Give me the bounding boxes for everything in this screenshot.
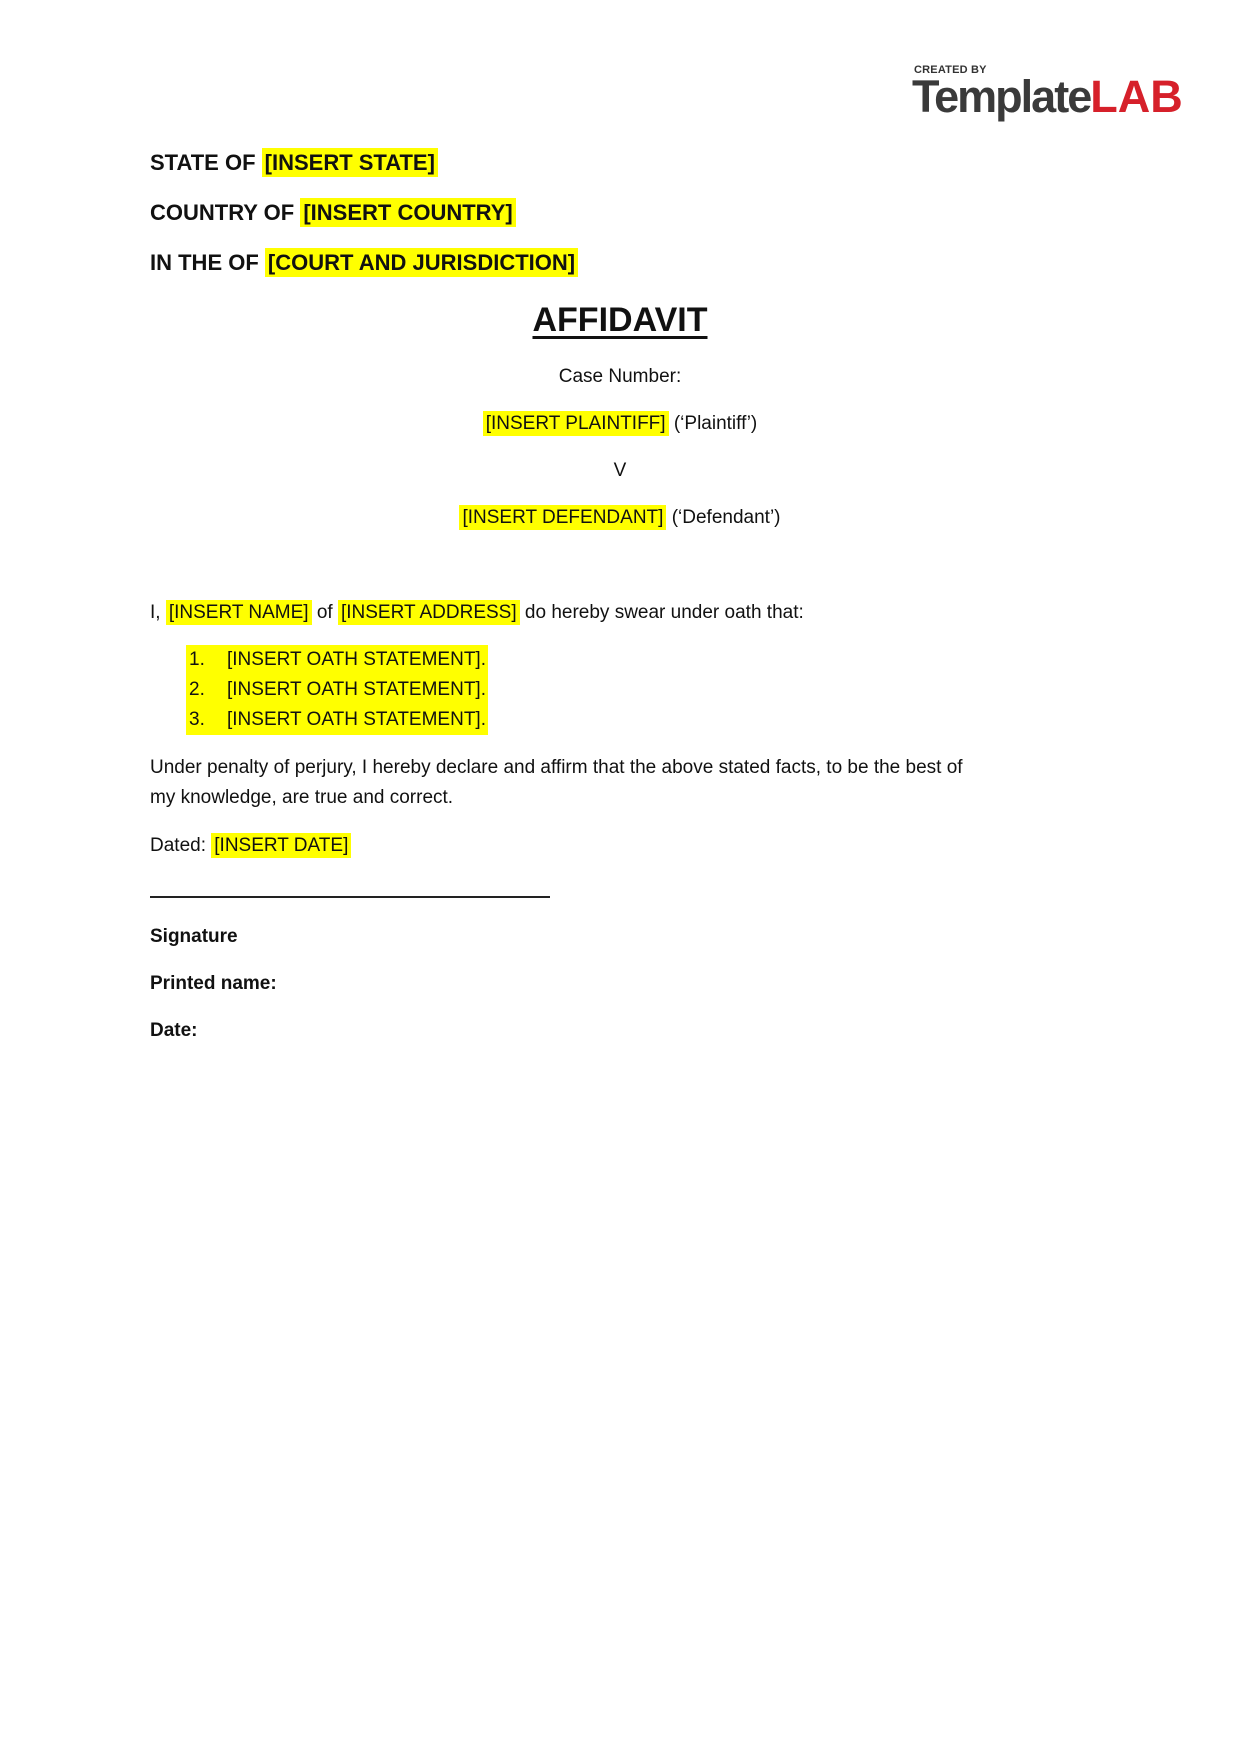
country-line: COUNTRY OF [INSERT COUNTRY] — [150, 200, 516, 226]
oath-statement-text: [INSERT OATH STATEMENT]. — [227, 709, 486, 730]
oath-statement-list: 1.[INSERT OATH STATEMENT]. 2.[INSERT OAT… — [186, 645, 488, 735]
plaintiff-line: [INSERT PLAINTIFF] (‘Plaintiff’) — [0, 413, 1240, 435]
logo-wordmark: TemplateLAB — [912, 74, 1183, 120]
state-label: STATE OF — [150, 150, 256, 175]
oath-statement-number: 1. — [189, 645, 227, 675]
declaration-line-2: my knowledge, are true and correct. — [150, 783, 963, 813]
court-label: IN THE OF — [150, 250, 259, 275]
date-label: Date: — [150, 1016, 198, 1046]
oath-statement-number: 3. — [189, 705, 227, 735]
oath-statement[interactable]: 3.[INSERT OATH STATEMENT]. — [186, 705, 488, 735]
court-line: IN THE OF [COURT AND JURISDICTION] — [150, 250, 578, 276]
oath-suffix: do hereby swear under oath that: — [525, 602, 804, 623]
document-title: AFFIDAVIT — [0, 301, 1240, 340]
state-placeholder[interactable]: [INSERT STATE] — [262, 148, 438, 177]
versus-label: V — [0, 460, 1240, 482]
signature-line[interactable] — [150, 896, 550, 898]
country-label: COUNTRY OF — [150, 200, 294, 225]
oath-statement-text: [INSERT OATH STATEMENT]. — [227, 679, 486, 700]
oath-intro: I, [INSERT NAME] of [INSERT ADDRESS] do … — [150, 598, 804, 628]
plaintiff-label: (‘Plaintiff’) — [674, 413, 757, 434]
state-line: STATE OF [INSERT STATE] — [150, 150, 438, 176]
oath-statement-number: 2. — [189, 675, 227, 705]
plaintiff-placeholder[interactable]: [INSERT PLAINTIFF] — [483, 411, 669, 436]
oath-of: of — [317, 602, 333, 623]
case-number-label: Case Number: — [0, 366, 1240, 388]
oath-prefix: I, — [150, 602, 161, 623]
oath-statement[interactable]: 2.[INSERT OATH STATEMENT]. — [186, 675, 488, 705]
affidavit-heading: AFFIDAVIT — [532, 301, 707, 339]
oath-statement[interactable]: 1.[INSERT OATH STATEMENT]. — [186, 645, 488, 675]
name-placeholder[interactable]: [INSERT NAME] — [166, 600, 312, 625]
declaration-line-1: Under penalty of perjury, I hereby decla… — [150, 753, 963, 783]
defendant-label: (‘Defendant’) — [672, 507, 781, 528]
dated-label: Dated: — [150, 835, 206, 856]
date-placeholder[interactable]: [INSERT DATE] — [211, 833, 351, 858]
oath-statement-text: [INSERT OATH STATEMENT]. — [227, 649, 486, 670]
declaration-paragraph: Under penalty of perjury, I hereby decla… — [150, 753, 963, 813]
printed-name-label: Printed name: — [150, 969, 277, 999]
signature-label: Signature — [150, 922, 238, 952]
country-placeholder[interactable]: [INSERT COUNTRY] — [300, 198, 515, 227]
defendant-placeholder[interactable]: [INSERT DEFENDANT] — [459, 505, 666, 530]
logo-word-lab: LAB — [1090, 71, 1182, 122]
templatelab-logo: CREATED BY TemplateLAB — [912, 64, 1212, 124]
address-placeholder[interactable]: [INSERT ADDRESS] — [338, 600, 520, 625]
logo-word-template: Template — [912, 71, 1090, 122]
court-placeholder[interactable]: [COURT AND JURISDICTION] — [265, 248, 578, 277]
defendant-line: [INSERT DEFENDANT] (‘Defendant’) — [0, 507, 1240, 529]
dated-line: Dated: [INSERT DATE] — [150, 831, 351, 861]
